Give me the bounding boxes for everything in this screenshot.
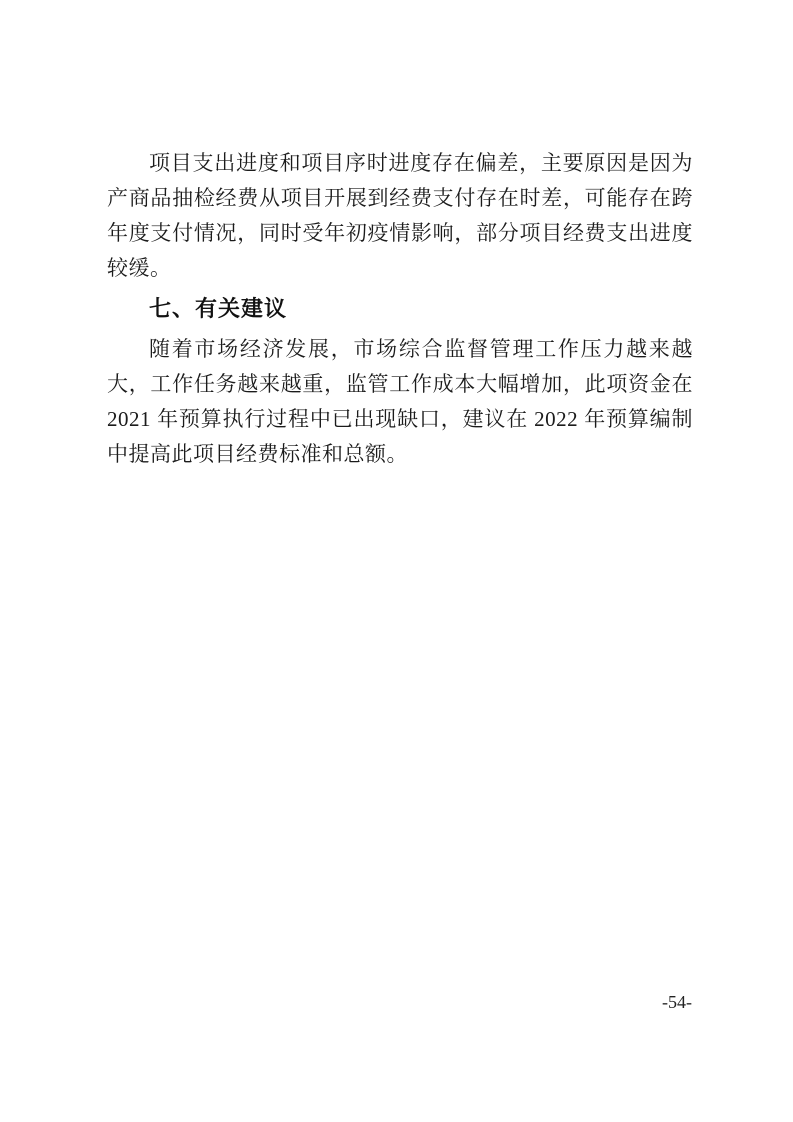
- document-body: 项目支出进度和项目序时进度存在偏差，主要原因是因为产商品抽检经费从项目开展到经费…: [107, 146, 693, 472]
- document-page: 项目支出进度和项目序时进度存在偏差，主要原因是因为产商品抽检经费从项目开展到经费…: [0, 0, 793, 1122]
- paragraph-progress-deviation: 项目支出进度和项目序时进度存在偏差，主要原因是因为产商品抽检经费从项目开展到经费…: [107, 146, 693, 286]
- page-number: -54-: [662, 992, 692, 1012]
- paragraph-suggestions: 随着市场经济发展，市场综合监督管理工作压力越来越大，工作任务越来越重，监管工作成…: [107, 332, 693, 472]
- section-heading-suggestions: 七、有关建议: [107, 286, 693, 332]
